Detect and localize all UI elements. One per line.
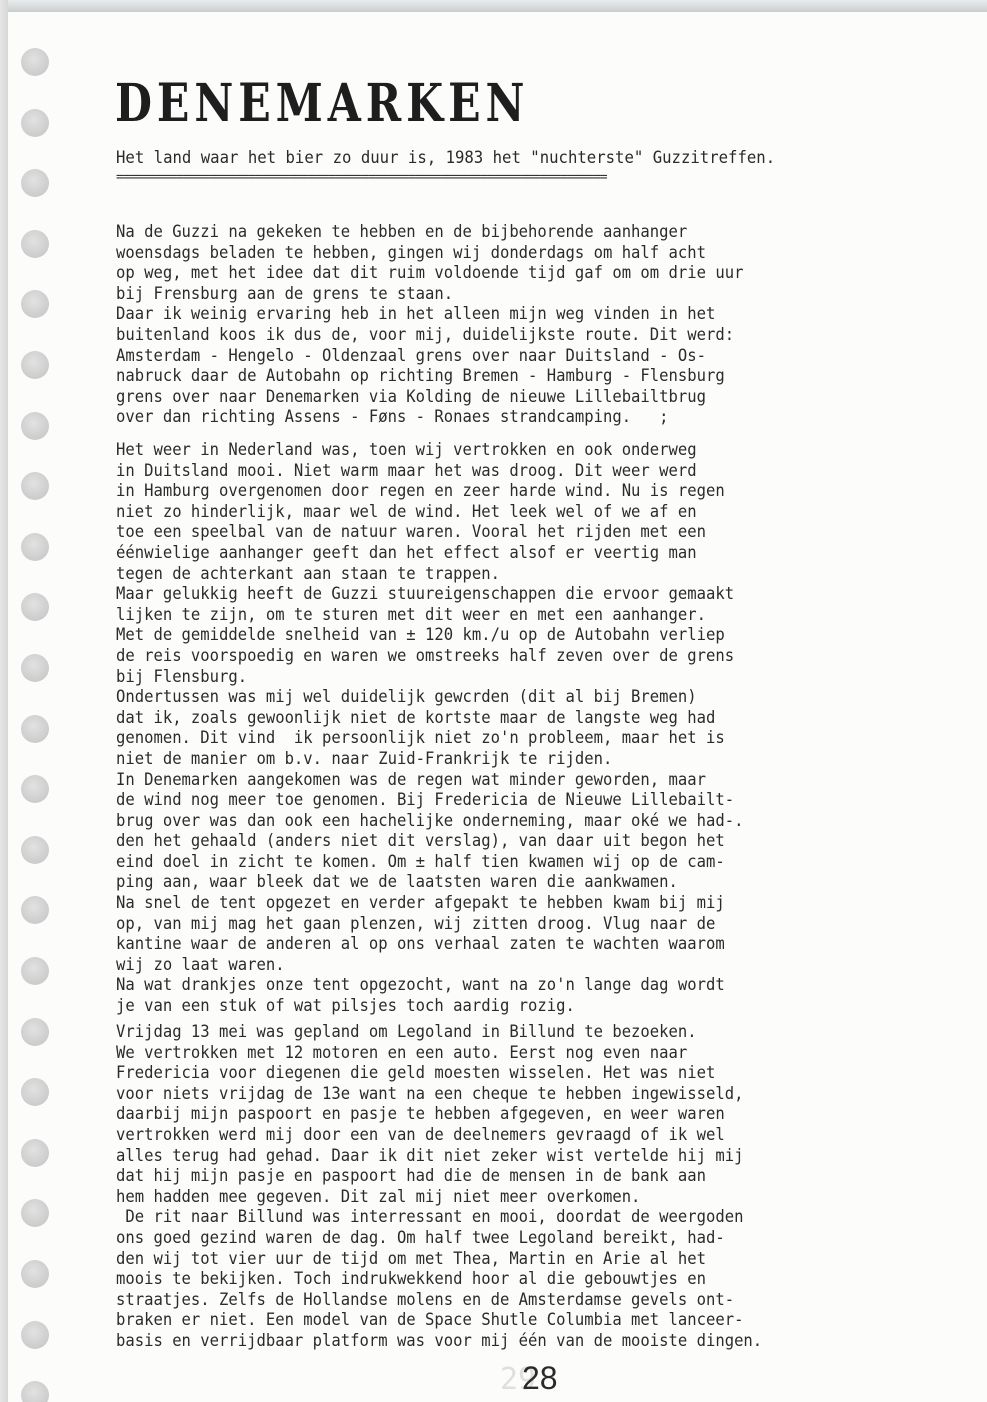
text-line: braken er niet. Een model van de Space S… [116, 1310, 894, 1331]
text-line: je van een stuk of wat pilsjes toch aard… [116, 996, 894, 1017]
text-line: straatjes. Zelfs de Hollandse molens en … [116, 1290, 894, 1311]
text-line: Ondertussen was mij wel duidelijk gewcrd… [116, 687, 894, 708]
binder-hole [21, 836, 49, 864]
text-line: Amsterdam - Hengelo - Oldenzaal grens ov… [116, 346, 894, 367]
page-left-edge [0, 0, 8, 1402]
text-line: Daar ik weinig ervaring heb in het allee… [116, 304, 894, 325]
text-line: woensdags beladen te hebben, gingen wij … [116, 243, 894, 264]
text-line: niet de manier om b.v. naar Zuid-Frankri… [116, 749, 894, 770]
page-title: DENEMARKEN [115, 78, 529, 130]
text-line: bij Flensburg. [116, 667, 894, 688]
text-line: alles terug had gehad. Daar ik dit niet … [116, 1146, 894, 1167]
text-line: Na wat drankjes onze tent opgezocht, wan… [116, 975, 894, 996]
text-line: bij Frensburg aan de grens te staan. [116, 284, 894, 305]
text-line: voor niets vrijdag de 13e want na een ch… [116, 1084, 894, 1105]
binder-hole [21, 169, 49, 197]
text-line: eind doel in zicht te komen. Om ± half t… [116, 852, 894, 873]
text-line: brug over was dan ook een hachelijke ond… [116, 811, 894, 832]
text-line: De rit naar Billund was interressant en … [116, 1207, 894, 1228]
binder-hole [21, 1139, 49, 1167]
text-line: op, van mij mag het gaan plenzen, wij zi… [116, 914, 894, 935]
text-line: buitenland koos ik dus de, voor mij, dui… [116, 325, 894, 346]
text-line: toe een speelbal van de natuur waren. Vo… [116, 522, 894, 543]
binder-hole [21, 472, 49, 500]
binder-hole [21, 1381, 49, 1402]
text-line: ons goed gezind waren de dag. Om half tw… [116, 1228, 894, 1249]
binder-hole [21, 1260, 49, 1288]
title-underline-rule: ========================================… [116, 170, 606, 185]
binder-hole [21, 1321, 49, 1349]
text-line: Met de gemiddelde snelheid van ± 120 km.… [116, 625, 894, 646]
text-line: Fredericia voor diegenen die geld moeste… [116, 1063, 894, 1084]
text-line: Het weer in Nederland was, toen wij vert… [116, 440, 894, 461]
text-line: éénwielige aanhanger geeft dan het effec… [116, 543, 894, 564]
text-line: wij zo laat waren. [116, 955, 894, 976]
text-line: basis en verrijdbaar platform was voor m… [116, 1331, 894, 1352]
paragraph-3: Vrijdag 13 mei was gepland om Legoland i… [116, 1022, 894, 1352]
binder-hole [21, 230, 49, 258]
text-line: dat ik, zoals gewoonlijk niet de kortste… [116, 708, 894, 729]
binder-hole [21, 715, 49, 743]
text-line: niet zo hinderlijk, maar wel de wind. He… [116, 502, 894, 523]
binder-hole [21, 1078, 49, 1106]
text-line: de reis voorspoedig en waren we omstreek… [116, 646, 894, 667]
text-line: op weg, met het idee dat dit ruim voldoe… [116, 263, 894, 284]
text-line: nabruck daar de Autobahn op richting Bre… [116, 366, 894, 387]
text-line: genomen. Dit vind ik persoonlijk niet zo… [116, 728, 894, 749]
text-line: den wij tot vier uur de tijd om met Thea… [116, 1249, 894, 1270]
text-line: Na de Guzzi na gekeken te hebben en de b… [116, 222, 894, 243]
text-line: Vrijdag 13 mei was gepland om Legoland i… [116, 1022, 894, 1043]
text-line: Na snel de tent opgezet en verder afgepa… [116, 893, 894, 914]
page-number: 28 [522, 1360, 558, 1397]
text-line: kantine waar de anderen al op ons verhaa… [116, 934, 894, 955]
text-line: daarbij mijn paspoort en pasje te hebben… [116, 1104, 894, 1125]
text-line: dat hij mijn pasje en paspoort had die d… [116, 1166, 894, 1187]
text-line: den het gehaald (anders niet dit verslag… [116, 831, 894, 852]
text-line: in Hamburg overgenomen door regen en zee… [116, 481, 894, 502]
binder-hole [21, 533, 49, 561]
text-line: over dan richting Assens - Føns - Ronaes… [116, 407, 894, 428]
binder-hole [21, 351, 49, 379]
paragraph-1: Na de Guzzi na gekeken te hebben en de b… [116, 222, 894, 428]
text-line: ping aan, waar bleek dat we de laatsten … [116, 872, 894, 893]
text-line: vertrokken werd mij door een van de deel… [116, 1125, 894, 1146]
binder-hole [21, 1018, 49, 1046]
text-line: tegen de achterkant aan staan te trappen… [116, 564, 894, 585]
text-line: in Duitsland mooi. Niet warm maar het wa… [116, 461, 894, 482]
text-line: moois te bekijken. Toch indrukwekkend ho… [116, 1269, 894, 1290]
text-line: lijken te zijn, om te sturen met dit wee… [116, 605, 894, 626]
binder-hole [21, 957, 49, 985]
text-line: grens over naar Denemarken via Kolding d… [116, 387, 894, 408]
text-line: de wind nog meer toe genomen. Bij Freder… [116, 790, 894, 811]
text-line: hem hadden mee gegeven. Dit zal mij niet… [116, 1187, 894, 1208]
binder-hole [21, 48, 49, 76]
binder-hole [21, 775, 49, 803]
page-top-edge [0, 0, 987, 12]
page-subtitle: Het land waar het bier zo duur is, 1983 … [116, 148, 775, 168]
binder-hole [21, 412, 49, 440]
paragraph-2: Het weer in Nederland was, toen wij vert… [116, 440, 894, 1017]
binder-hole [21, 654, 49, 682]
text-line: Maar gelukkig heeft de Guzzi stuureigens… [116, 584, 894, 605]
text-line: In Denemarken aangekomen was de regen wa… [116, 770, 894, 791]
text-line: We vertrokken met 12 motoren en een auto… [116, 1043, 894, 1064]
binder-hole [21, 109, 49, 137]
